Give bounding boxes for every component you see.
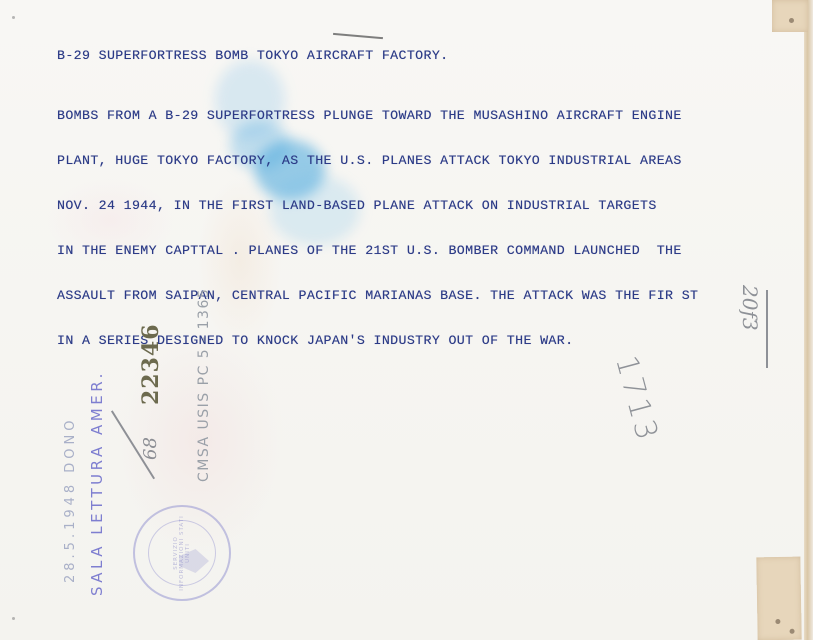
caption-line: NOV. 24 1944, IN THE FIRST LAND-BASED PL… — [57, 198, 698, 213]
caption-line: ASSAULT FROM SAIPAN, CENTRAL PACIFIC MAR… — [57, 288, 698, 303]
edge-note-handwriting: 20f3 — [738, 285, 762, 331]
caption-line: BOMBS FROM A B-29 SUPERFORTRESS PLUNGE T… — [57, 108, 698, 123]
archive-reference-handwriting: CMSA USIS PC 5 - 1365 — [196, 288, 212, 482]
paper-speck — [12, 617, 15, 620]
pencil-line — [766, 290, 768, 368]
tape-top — [772, 0, 808, 32]
circular-seal-stamp: SERVIZIO INFORMAZIONI STATI UNITI — [133, 505, 231, 601]
tape-speck — [775, 619, 780, 624]
paper-speck — [12, 16, 15, 19]
inventory-number-stamp: 22346 — [138, 323, 164, 405]
seal-text: SERVIZIO INFORMAZIONI STATI UNITI — [173, 511, 191, 595]
date-stamp: 28.5.1948 DONO — [63, 417, 78, 584]
tape-bottom — [756, 557, 801, 640]
caption-line: IN THE ENEMY CAPTTAL . PLANES OF THE 21S… — [57, 243, 698, 258]
pencil-underline — [333, 33, 383, 39]
tape-speck — [790, 629, 795, 634]
library-stamp: SALA LETTURA AMER. — [88, 370, 106, 596]
caption-title: B-29 SUPERFORTRESS BOMB TOKYO AIRCRAFT F… — [57, 48, 698, 63]
fraction-mark-handwriting: 68 — [140, 437, 161, 460]
tape-speck — [789, 18, 794, 23]
paper-edge — [804, 0, 813, 640]
caption-line: PLANT, HUGE TOKYO FACTORY, AS THE U.S. P… — [57, 153, 698, 168]
